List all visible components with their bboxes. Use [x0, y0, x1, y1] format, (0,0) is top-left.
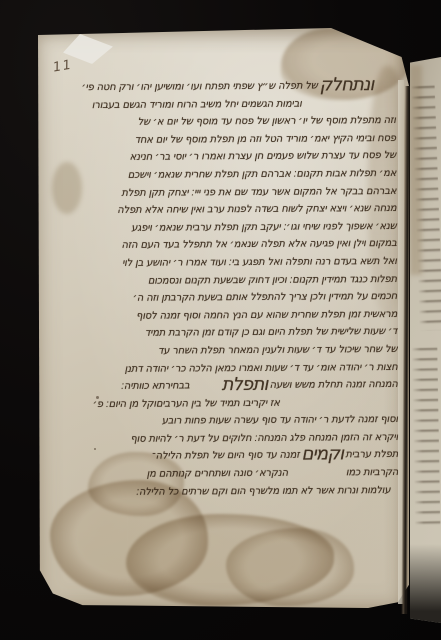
facing-page-edge — [410, 57, 441, 623]
line-text: תפלות כנגד תמידין תקנום׃ וכיון דחוק שבשע… — [148, 274, 397, 286]
manuscript-page: 11 ונתחלקשל תפלה ש״ץ שפתי תפתח ועו׳ ומוש… — [38, 28, 409, 608]
line-text: מנחה שנא׳ ויצא יצחק לשוח בשדה לפנות ערב … — [117, 204, 396, 216]
line-text: וזה מתפלת מוסף של יו׳ ראשון של פסח עד מו… — [138, 116, 396, 128]
manuscript-photo: 11 ונתחלקשל תפלה ש״ץ שפתי תפתח ועו׳ ומוש… — [0, 0, 441, 640]
line-text: זמנה עד סוף היום של תפלת הלילה־ — [152, 451, 299, 462]
line-text: עולמות ונרות אשר לא תמו מלשרף הום וקם שר… — [136, 486, 390, 498]
line-text: אמ׳ תפלות אבות תקנום׃ אברהם תקן תפלת שחר… — [128, 169, 397, 181]
line-text: ובימות הגשמים יחל משיב הרוח ומוריד הגשם … — [92, 99, 302, 110]
line-text: במקום וילן ואין פגיעה אלא תפלה שנאמ׳ אל … — [122, 239, 397, 251]
manuscript-line: עולמות ונרות אשר לא תמו מלשרף הום וקם שר… — [96, 486, 398, 506]
line-text: של תפלה ש״ץ שפתי תפתח ועו׳ ומושיען יהו׳ … — [82, 81, 318, 93]
line-gap — [190, 387, 220, 388]
line-text: אברהם בבקר אל המקום אשר עמד שם את פני יי… — [121, 187, 396, 199]
line-text: וקל מן היום׃ פ׳ — [93, 399, 156, 409]
folio-number: 11 — [52, 57, 74, 75]
line-text: מראשית זמן תפלת שחרית שהוא עם הנץ החמה ו… — [136, 310, 397, 322]
line-text: ואל תשא בעדם רנה ותפלה ואל תפגע בי׃ ועוד… — [122, 257, 397, 269]
manuscript-line: ונתחלקשל תפלה ש״ץ שפתי תפתח ועו׳ ומושיען… — [94, 81, 396, 101]
water-stain — [226, 528, 354, 606]
manuscript-line: המנחה זמנה תחלת משש ושעהותפלתבבחירתא כוו… — [96, 380, 398, 400]
line-text: המנחה זמנה תחלת משש ושעה — [270, 380, 398, 391]
line-text: שנא׳ אשפוך לפניו שיחי וגו׳׃ יעקב תקן תפל… — [131, 222, 396, 234]
line-text: הנקרא׳ סונה ושתחרים קנותהם מן — [147, 469, 288, 480]
line-text: חצות ר׳ יהודה אומ׳ עד ד׳ שעות ואמרו כמאן… — [125, 362, 398, 374]
facing-page-text-illegible — [411, 341, 440, 529]
facing-page-text-illegible — [411, 79, 441, 332]
line-text: של שחר שיכול עד ד׳ שעות ולענין המאחר תפל… — [158, 345, 397, 357]
line-text: פסח ובימי הקיץ יאמ׳ מוריד הטל וזה מן תפל… — [135, 134, 396, 146]
line-text: בבחירתא כוותיה׃ — [121, 381, 190, 391]
line-text: ויקרא זה הזמן המנחה פלג המנחה׃ חלוקים על… — [130, 433, 398, 445]
line-text: של פסח עד עצרת שלוש פעמים חן עצרת ואמרו … — [130, 151, 397, 163]
margin-stain — [52, 162, 82, 214]
text-block: ונתחלקשל תפלה ש״ץ שפתי תפתח ועו׳ ומושיען… — [94, 81, 399, 505]
line-text: חכמים על תמידין ולכן צריך להתפלל אותם בש… — [133, 292, 397, 304]
line-text: תפלת ערבית — [345, 450, 398, 460]
line-text: ד׳ שעות שלישית של תפלת היום וגם כן קודם … — [145, 327, 397, 339]
line-text: הקרביות כמו — [346, 468, 398, 478]
line-text: וסוף זמנה לדעת ר׳ יהודה עד סוף עשרה שעות… — [162, 415, 398, 427]
water-stain — [126, 514, 334, 606]
line-text: אז יקריבו תמיד של בין הערבים — [156, 398, 280, 409]
line-gap — [288, 474, 346, 475]
